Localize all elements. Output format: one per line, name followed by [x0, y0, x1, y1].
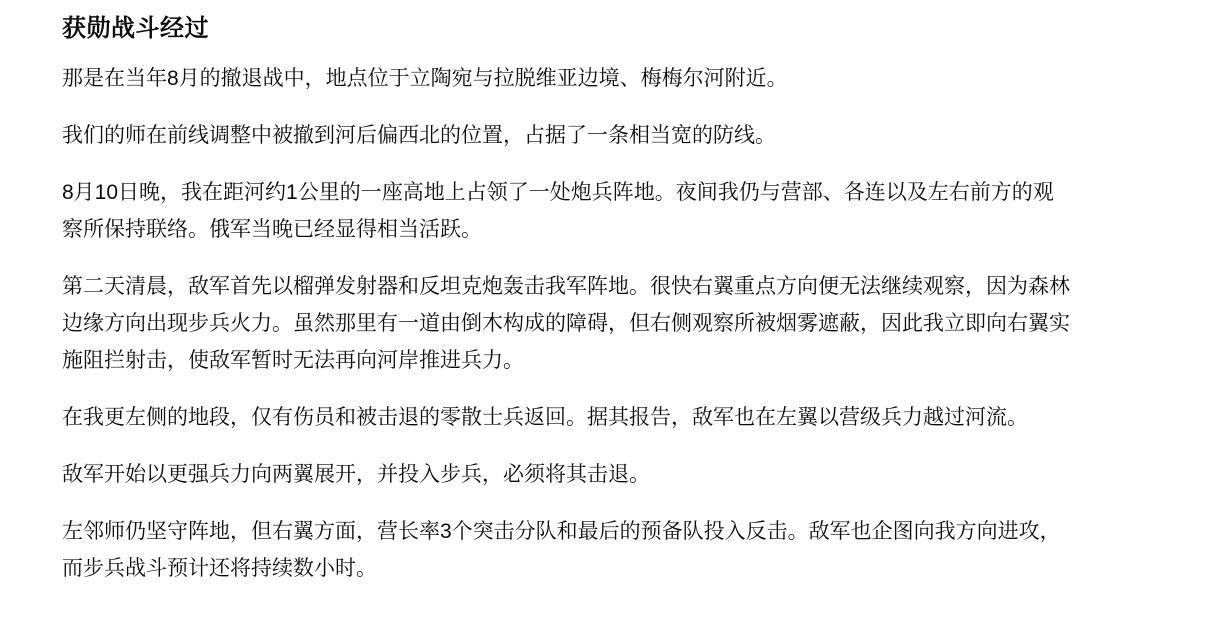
document-content: 获勋战斗经过 那是在当年8月的撤退战中，地点位于立陶宛与拉脱维亚边境、梅梅尔河附… [62, 14, 1071, 587]
paragraph: 左邻师仍坚守阵地，但右翼方面，营长率3个突击分队和最后的预备队投入反击。敌军也企… [62, 513, 1071, 587]
document-page: 获勋战斗经过 那是在当年8月的撤退战中，地点位于立陶宛与拉脱维亚边境、梅梅尔河附… [0, 0, 1205, 587]
page-title: 获勋战斗经过 [62, 14, 1071, 44]
paragraph: 8月10日晚，我在距河约1公里的一座高地上占领了一处炮兵阵地。夜间我仍与营部、各… [62, 174, 1071, 248]
paragraph: 敌军开始以更强兵力向两翼展开，并投入步兵，必须将其击退。 [62, 456, 1071, 493]
paragraph: 第二天清晨，敌军首先以榴弹发射器和反坦克炮轰击我军阵地。很快右翼重点方向便无法继… [62, 268, 1071, 379]
paragraph: 那是在当年8月的撤退战中，地点位于立陶宛与拉脱维亚边境、梅梅尔河附近。 [62, 60, 1071, 97]
paragraph: 在我更左侧的地段，仅有伤员和被击退的零散士兵返回。据其报告，敌军也在左翼以营级兵… [62, 399, 1071, 436]
paragraph: 我们的师在前线调整中被撤到河后偏西北的位置，占据了一条相当宽的防线。 [62, 117, 1071, 154]
